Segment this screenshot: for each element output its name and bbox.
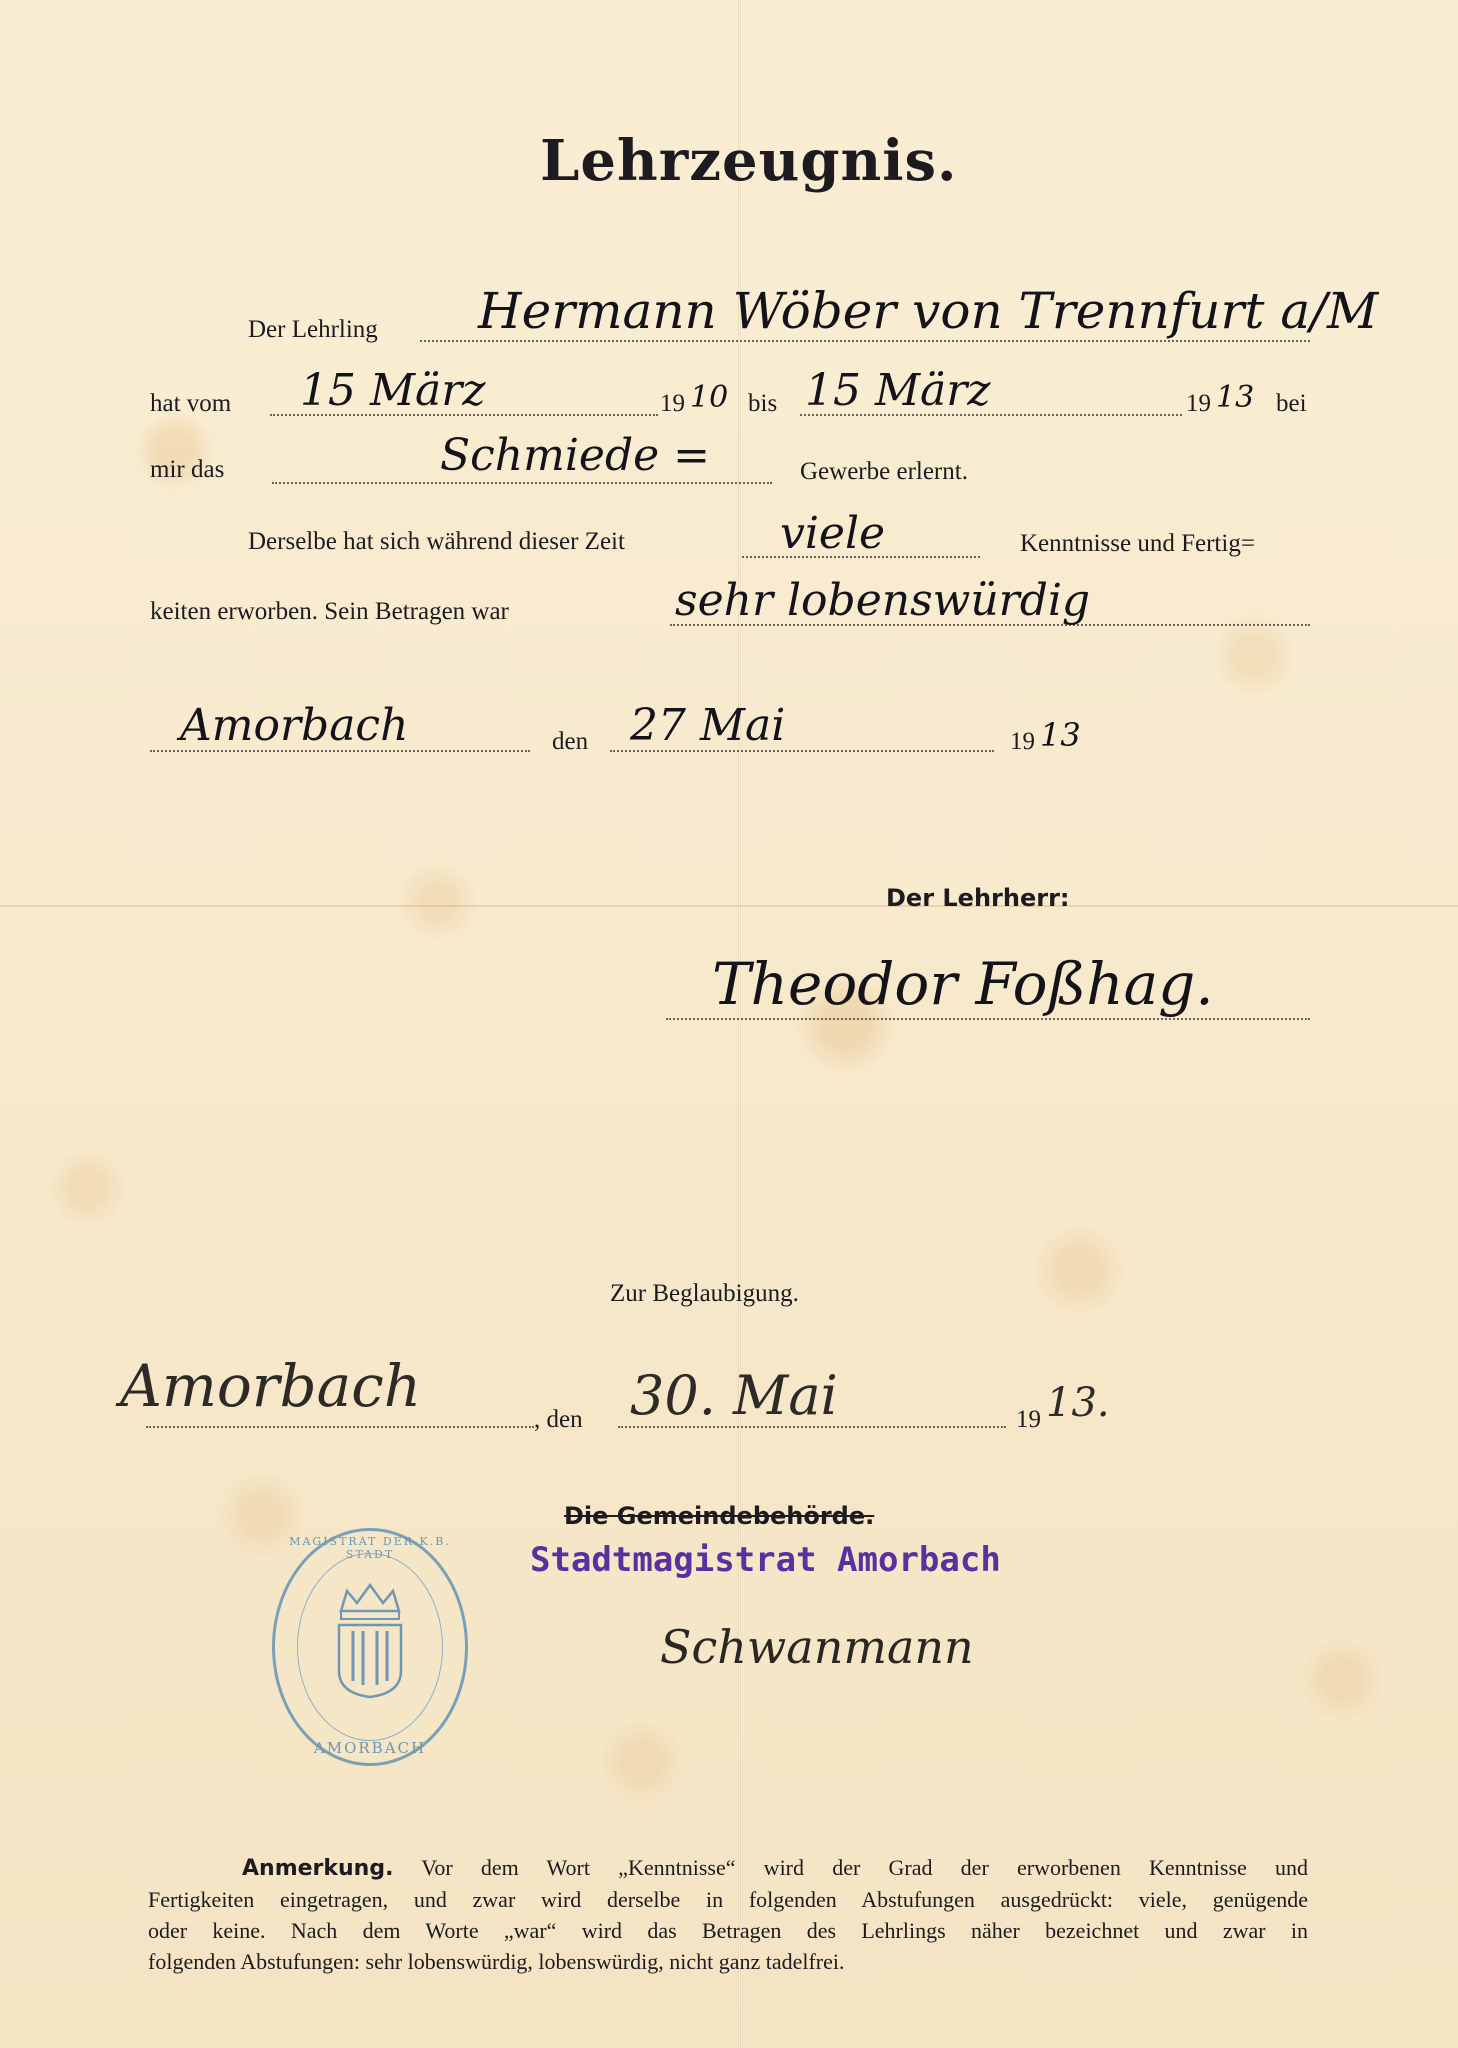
- seal-top-text: MAGISTRAT DER K.B. STADT: [275, 1535, 465, 1561]
- issue-year-handwritten: 13: [1040, 716, 1081, 754]
- official-seal: MAGISTRAT DER K.B. STADT AMORBACH: [272, 1528, 468, 1766]
- master-signature: Theodor Foßhag.: [712, 950, 1214, 1018]
- knowledge-handwritten: viele: [780, 508, 885, 559]
- issue-year-printed: 19: [1010, 728, 1035, 756]
- date-den-label: den: [552, 728, 588, 756]
- seal-bottom-text: AMORBACH: [275, 1739, 465, 1757]
- apprentice-name-handwritten: Hermann Wöber von Trennfurt a/M: [478, 282, 1378, 340]
- master-label: Der Lehrherr:: [886, 884, 1070, 912]
- note-line-2: Fertigkeiten eingetragen, und zwar wird …: [148, 1884, 1308, 1915]
- cert-place-handwritten: Amorbach: [120, 1352, 421, 1420]
- note-line-3: oder keine. Nach dem Worte „war“ wird da…: [148, 1915, 1308, 1946]
- end-date-handwritten: 15 März: [805, 365, 990, 416]
- place-handwritten: Amorbach: [180, 700, 408, 751]
- end-year-handwritten: 13: [1216, 380, 1254, 415]
- at-label: bei: [1276, 390, 1307, 418]
- knowledge-end-label: Kenntnisse und Fertig=: [1020, 530, 1255, 558]
- from-label: hat vom: [150, 390, 231, 418]
- master-signature-line: [666, 1018, 1310, 1020]
- cert-date-handwritten: 30. Mai: [630, 1364, 838, 1427]
- cert-den-label: , den: [534, 1406, 583, 1434]
- municipal-authority-struck: Die Gemeindebehörde.: [564, 1502, 874, 1530]
- trade-end-label: Gewerbe erlernt.: [800, 458, 968, 486]
- start-year-printed: 19: [660, 390, 685, 418]
- issue-date-handwritten: 27 Mai: [630, 700, 785, 751]
- to-label: bis: [748, 390, 777, 418]
- note-line-4: folgenden Abstufungen: sehr lobenswürdig…: [148, 1946, 1308, 1977]
- trade-intro-label: mir das: [150, 456, 224, 484]
- start-date-handwritten: 15 März: [300, 365, 485, 416]
- cert-place-dotted-line: [146, 1426, 534, 1428]
- conduct-handwritten: sehr lobenswürdig: [675, 575, 1090, 626]
- note-section: Anmerkung. Vor dem Wort „Kenntnisse“ wir…: [148, 1852, 1308, 1977]
- knowledge-intro-label: Derselbe hat sich während dieser Zeit: [248, 528, 625, 556]
- trade-handwritten: Schmiede =: [440, 430, 710, 481]
- certification-label: Zur Beglaubigung.: [610, 1280, 799, 1308]
- magistrate-stamp: Stadtmagistrat Amorbach: [530, 1540, 1001, 1580]
- cert-year-handwritten: 13.: [1046, 1380, 1110, 1426]
- apprentice-dotted-line: [420, 340, 1310, 342]
- note-heading: Anmerkung.: [242, 1856, 393, 1881]
- trade-dotted-line: [272, 482, 772, 484]
- start-year-handwritten: 10: [690, 380, 728, 415]
- end-year-printed: 19: [1186, 390, 1211, 418]
- paper-fold-horizontal: [0, 905, 1458, 907]
- cert-year-printed: 19: [1016, 1406, 1041, 1434]
- crown-crest-icon: [333, 1581, 407, 1701]
- conduct-intro-label: keiten erworben. Sein Betragen war: [150, 598, 509, 626]
- document-title: Lehrzeugnis.: [540, 128, 958, 194]
- note-line-1: Anmerkung. Vor dem Wort „Kenntnisse“ wir…: [148, 1852, 1308, 1884]
- authority-signature: Schwanmann: [660, 1620, 974, 1674]
- apprentice-label: Der Lehrling: [248, 316, 378, 344]
